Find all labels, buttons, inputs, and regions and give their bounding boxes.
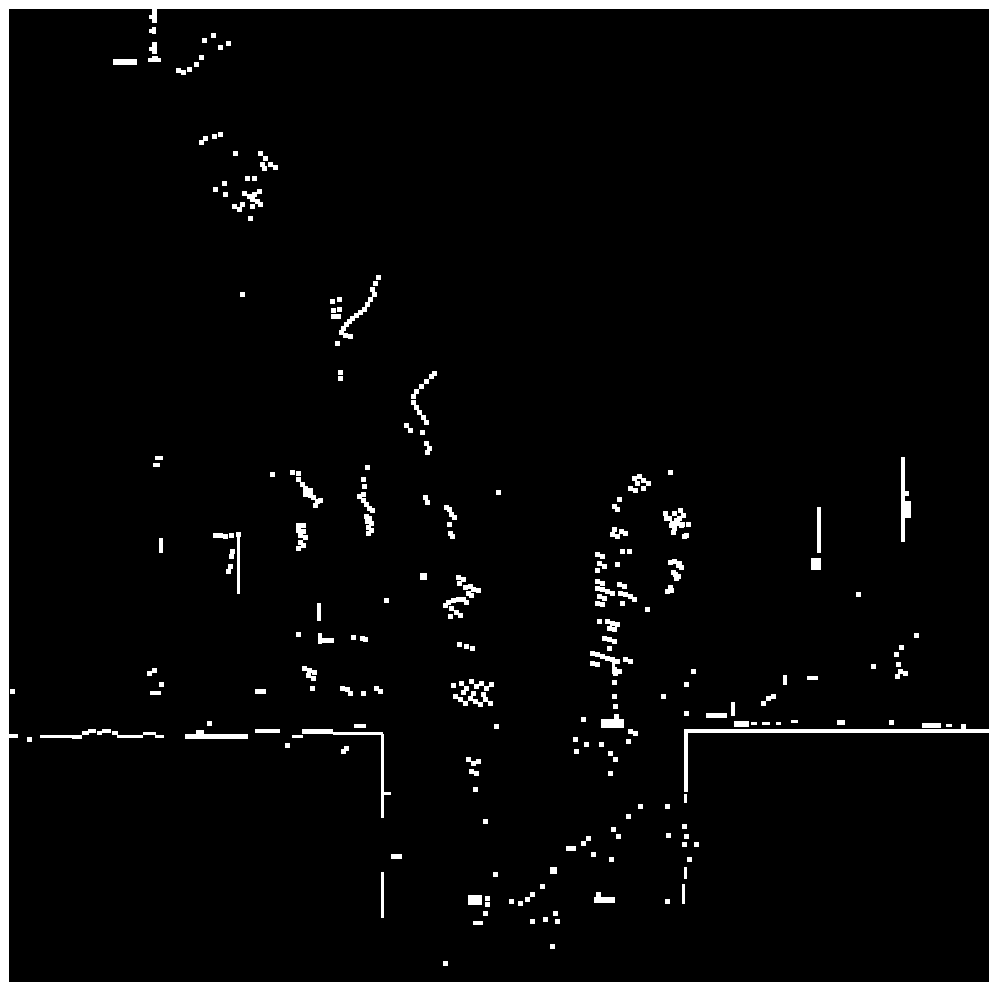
- binary-feature-map-image: [0, 0, 1000, 995]
- figure-page: [0, 0, 1000, 995]
